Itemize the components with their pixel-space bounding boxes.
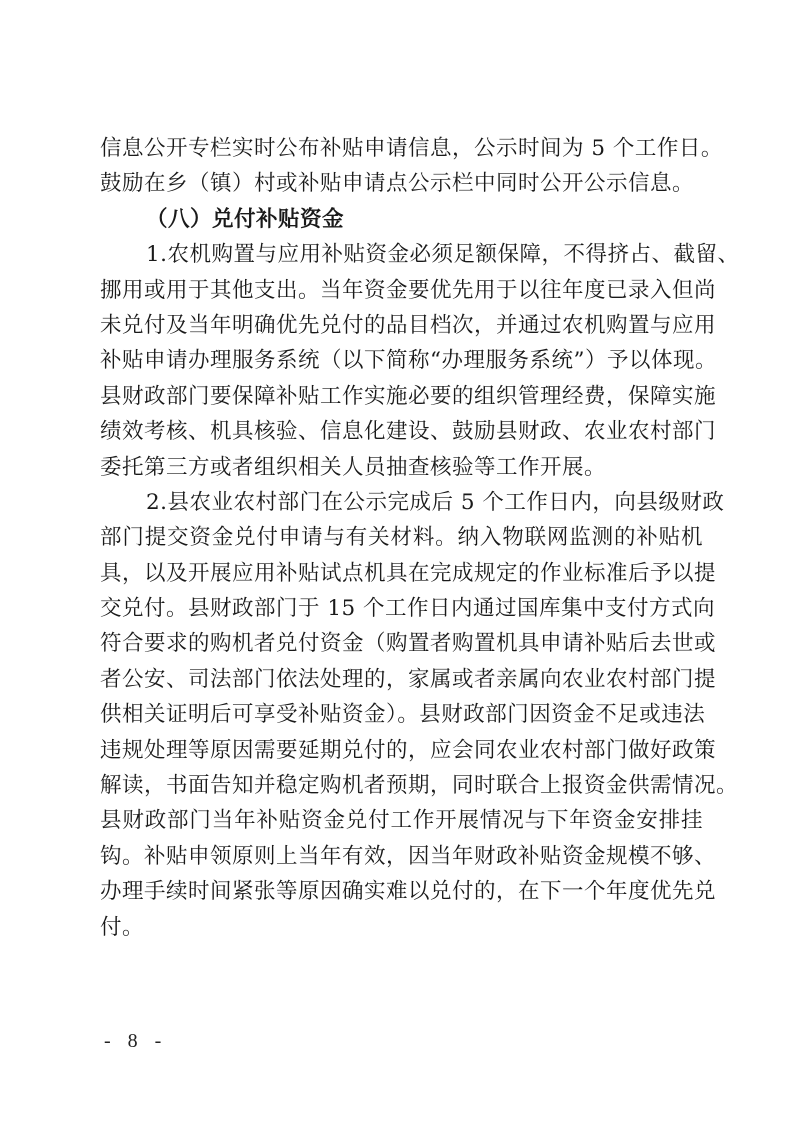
paragraph-line: 县财政部门当年补贴资金兑付工作开展情况与下年资金安排挂 <box>100 803 703 838</box>
paragraph-line: 未兑付及当年明确优先兑付的品目档次，并通过农机购置与应用 <box>100 308 703 343</box>
paragraph-line: 付。 <box>100 910 703 945</box>
section-heading: （八）兑付补贴资金 <box>100 202 703 237</box>
paragraph-line: 交兑付。县财政部门于 15 个工作日内通过国库集中支付方式向 <box>100 591 703 626</box>
paragraph-line: 者公安、司法部门依法处理的，家属或者亲属向农业农村部门提 <box>100 662 703 697</box>
body-text: 信息公开专栏实时公布补贴申请信息，公示时间为 5 个工作日。 鼓励在乡（镇）村或… <box>100 131 703 945</box>
paragraph-line: 补贴申请办理服务系统（以下简称“办理服务系统”）予以体现。 <box>100 343 703 378</box>
paragraph-line: 钩。补贴申领原则上当年有效，因当年财政补贴资金规模不够、 <box>100 839 703 874</box>
paragraph-line: 违规处理等原因需要延期兑付的，应会同农业农村部门做好政策 <box>100 733 703 768</box>
paragraph-line: 部门提交资金兑付申请与有关材料。纳入物联网监测的补贴机 <box>100 520 703 555</box>
paragraph-line: 符合要求的购机者兑付资金（购置者购置机具申请补贴后去世或 <box>100 626 703 661</box>
paragraph-line: 办理手续时间紧张等原因确实难以兑付的，在下一个年度优先兑 <box>100 874 703 909</box>
paragraph-line: 具，以及开展应用补贴试点机具在完成规定的作业标准后予以提 <box>100 556 703 591</box>
document-page: 信息公开专栏实时公布补贴申请信息，公示时间为 5 个工作日。 鼓励在乡（镇）村或… <box>0 0 789 1121</box>
paragraph-line: 供相关证明后可享受补贴资金）。县财政部门因资金不足或违法 <box>100 697 703 732</box>
paragraph-line: 解读，书面告知并稳定购机者预期，同时联合上报资金供需情况。 <box>100 768 703 803</box>
paragraph-line: 2.县农业农村部门在公示完成后 5 个工作日内，向县级财政 <box>100 485 703 520</box>
paragraph-line: 信息公开专栏实时公布补贴申请信息，公示时间为 5 个工作日。 <box>100 131 703 166</box>
paragraph-line: 县财政部门要保障补贴工作实施必要的组织管理经费，保障实施 <box>100 379 703 414</box>
paragraph-line: 委托第三方或者组织相关人员抽查核验等工作开展。 <box>100 450 703 485</box>
paragraph-line: 1.农机购置与应用补贴资金必须足额保障，不得挤占、截留、 <box>100 237 703 272</box>
paragraph-line: 鼓励在乡（镇）村或补贴申请点公示栏中同时公开公示信息。 <box>100 166 703 201</box>
page-number: - 8 - <box>104 1030 167 1053</box>
paragraph-line: 绩效考核、机具核验、信息化建设、鼓励县财政、农业农村部门 <box>100 414 703 449</box>
paragraph-line: 挪用或用于其他支出。当年资金要优先用于以往年度已录入但尚 <box>100 273 703 308</box>
